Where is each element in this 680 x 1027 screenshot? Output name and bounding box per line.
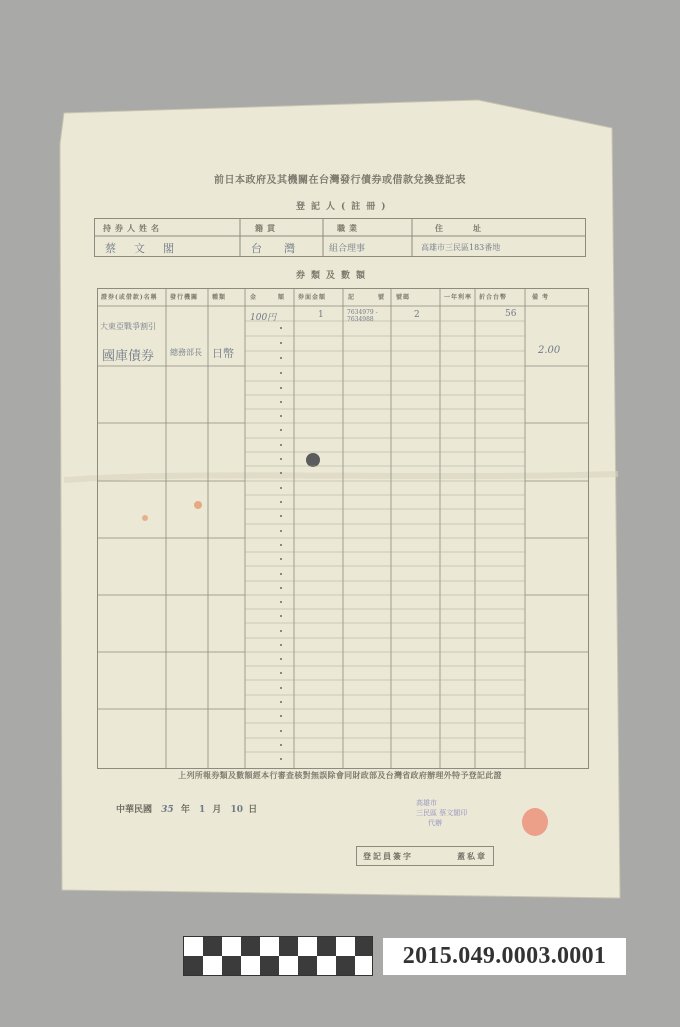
date-month: 1 <box>199 805 205 815</box>
date-month-unit: 月 <box>212 805 221 815</box>
header-occupation: 職業 <box>337 223 361 234</box>
issue-date: 中華民國 35 年 1 月 10 日 <box>116 802 257 815</box>
col-type: 種類 <box>212 292 226 301</box>
section-securities-heading: 券類及數額 <box>296 268 371 281</box>
header-holder-name: 持券人姓名 <box>103 223 163 234</box>
row1-amount: 100円 <box>250 310 276 323</box>
stamp-line-3: 代辦 <box>428 818 467 828</box>
value-occupation: 組合理事 <box>329 241 365 254</box>
section-registrant-heading: 登記人(註冊) <box>296 199 392 212</box>
date-year-unit: 年 <box>181 805 190 815</box>
scale-bar <box>183 936 373 976</box>
col-number: 號碼 <box>396 292 410 301</box>
row1-face-value: 1 <box>318 310 324 320</box>
blue-stamp: 高雄市 三民區 蔡文閣印 代辦 <box>416 798 467 828</box>
col-security-name: 證券(或借款)名稱 <box>101 292 158 301</box>
signature-label: 登記員簽字 <box>363 851 413 862</box>
document-title: 前日本政府及其機關在台灣發行債券或借款兌換登記表 <box>0 171 680 186</box>
row2-remarks: 2.00 <box>538 345 560 356</box>
signature-box: 登記員簽字 蓋私章 <box>356 846 494 866</box>
registrant-table: 持券人姓名 籍貫 職業 住址 蔡文閣 台灣 組合理事 高雄市三民區183番地 <box>94 218 586 257</box>
seal-label: 蓋私章 <box>457 851 487 862</box>
securities-table: 證券(或借款)名稱 發行機關 種類 金額 券面金額 記號 號碼 一年利率 折合台… <box>97 288 589 769</box>
header-address: 住址 <box>435 223 511 234</box>
col-twd: 折合台幣 <box>479 292 507 301</box>
date-day-unit: 日 <box>248 805 257 815</box>
red-seal-icon <box>522 808 548 836</box>
row2-security-name: 國庫債券 <box>102 345 154 364</box>
header-native-place: 籍貫 <box>255 223 279 234</box>
value-address: 高雄市三民區183番地 <box>421 242 500 253</box>
row1-serial-numbers: 7634979 - 7634988 <box>347 309 391 323</box>
date-era: 中華民國 <box>116 805 152 815</box>
document-sheet: 前日本政府及其機關在台灣發行債券或借款兌換登記表 登記人(註冊) 持券人姓名 籍… <box>0 0 680 1027</box>
value-native-place: 台灣 <box>251 240 317 256</box>
certification-note: 上列所報券類及數額經本行審查核對無誤除會同財政部及台灣省政府辦理外特予登記此證 <box>0 770 680 781</box>
row2-issuer: 總務部長 <box>170 347 202 358</box>
date-day: 10 <box>231 805 244 815</box>
col-face-value: 券面金額 <box>298 292 326 301</box>
stamp-line-2: 三民區 蔡文閣印 <box>416 808 467 818</box>
value-holder-name: 蔡文閣 <box>105 240 192 256</box>
stamp-line-1: 高雄市 <box>416 798 467 808</box>
col-remarks: 備考 <box>532 292 552 301</box>
col-interest: 一年利率 <box>444 292 472 301</box>
row2-type: 日幣 <box>212 345 234 361</box>
date-year: 35 <box>161 805 174 815</box>
table-grid <box>97 288 589 769</box>
row1-security-name: 大東亞戰爭割引 <box>100 321 156 332</box>
col-issuer: 發行機關 <box>170 292 198 301</box>
row1-interest: 2 <box>414 310 420 320</box>
accession-number-label: 2015.049.0003.0001 <box>383 938 626 975</box>
row1-twd: 56 <box>505 309 516 319</box>
